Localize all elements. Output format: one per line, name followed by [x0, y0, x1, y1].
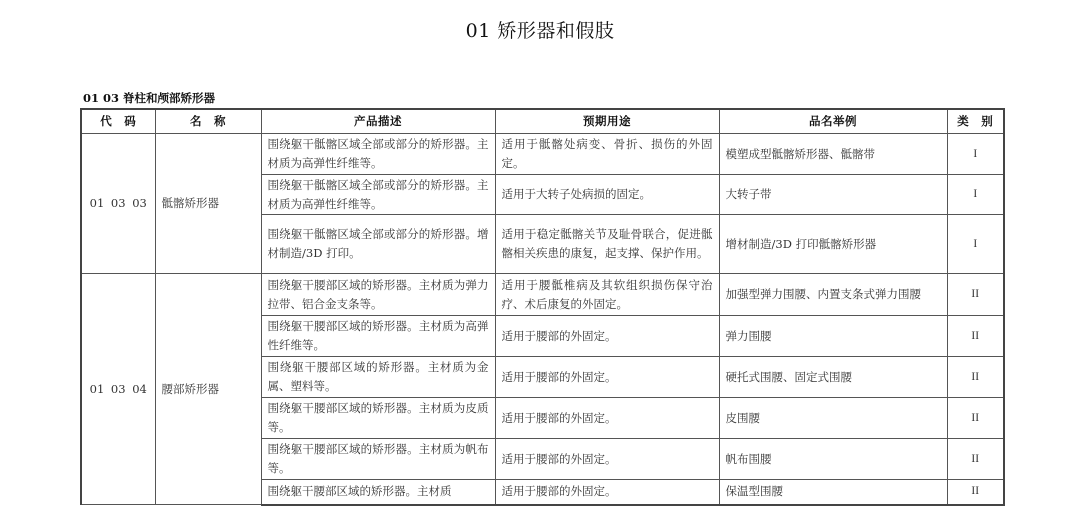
table-header-row: 代 码 名 称 产品描述 预期用途 品名举例 类 别	[81, 109, 1004, 134]
product-description: 围绕躯干腰部区域的矫形器。主材质为帆布等。	[261, 439, 495, 480]
product-description: 围绕躯干腰部区域的矫形器。主材质	[261, 480, 495, 505]
product-description: 围绕躯干骶髂区域全部或部分的矫形器。增材制造/3D 打印。	[261, 215, 495, 274]
group-code: 01 03 04	[81, 274, 155, 505]
group-code: 01 03 03	[81, 134, 155, 274]
column-header-description: 产品描述	[261, 109, 495, 134]
product-examples: 大转子带	[719, 175, 947, 215]
product-description: 围绕躯干腰部区域的矫形器。主材质为皮质等。	[261, 398, 495, 439]
intended-use: 适用于骶髂处病变、骨折、损伤的外固定。	[495, 134, 719, 175]
device-class: II	[947, 439, 1004, 480]
product-description: 围绕躯干腰部区域的矫形器。主材质为弹力拉带、铝合金支条等。	[261, 274, 495, 316]
page-title: 01 矫形器和假肢	[0, 16, 1080, 43]
product-examples: 帆布围腰	[719, 439, 947, 480]
product-examples: 模塑成型骶髂矫形器、骶髂带	[719, 134, 947, 175]
product-examples: 加强型弹力围腰、内置支条式弹力围腰	[719, 274, 947, 316]
product-examples: 增材制造/3D 打印骶髂矫形器	[719, 215, 947, 274]
product-examples: 弹力围腰	[719, 316, 947, 357]
intended-use: 适用于腰部的外固定。	[495, 439, 719, 480]
device-class: I	[947, 175, 1004, 215]
device-class: II	[947, 480, 1004, 505]
device-class: II	[947, 398, 1004, 439]
product-examples: 皮围腰	[719, 398, 947, 439]
device-class: I	[947, 134, 1004, 175]
column-header-class: 类 别	[947, 109, 1004, 134]
column-header-name: 名 称	[155, 109, 261, 134]
intended-use: 适用于腰部的外固定。	[495, 398, 719, 439]
group-name: 腰部矫形器	[155, 274, 261, 505]
device-catalog-table: 代 码 名 称 产品描述 预期用途 品名举例 类 别 01 03 03 骶髂矫形…	[80, 108, 1005, 506]
intended-use: 适用于大转子处病损的固定。	[495, 175, 719, 215]
column-header-examples: 品名举例	[719, 109, 947, 134]
section-heading: 01 03 脊柱和颅部矫形器	[83, 90, 215, 106]
product-description: 围绕躯干骶髂区域全部或部分的矫形器。主材质为高弹性纤维等。	[261, 175, 495, 215]
intended-use: 适用于腰部的外固定。	[495, 480, 719, 505]
device-class: II	[947, 357, 1004, 398]
device-class: II	[947, 274, 1004, 316]
intended-use: 适用于腰部的外固定。	[495, 316, 719, 357]
product-examples: 硬托式围腰、固定式围腰	[719, 357, 947, 398]
product-examples: 保温型围腰	[719, 480, 947, 505]
device-class: I	[947, 215, 1004, 274]
intended-use: 适用于腰部的外固定。	[495, 357, 719, 398]
product-description: 围绕躯干骶髂区域全部或部分的矫形器。主材质为高弹性纤维等。	[261, 134, 495, 175]
intended-use: 适用于稳定骶髂关节及耻骨联合，促进骶髂相关疾患的康复，起支撑、保护作用。	[495, 215, 719, 274]
column-header-code: 代 码	[81, 109, 155, 134]
product-description: 围绕躯干腰部区域的矫形器。主材质为金属、塑料等。	[261, 357, 495, 398]
product-description: 围绕躯干腰部区域的矫形器。主材质为高弹性纤维等。	[261, 316, 495, 357]
table-row: 01 03 04 腰部矫形器 围绕躯干腰部区域的矫形器。主材质为弹力拉带、铝合金…	[81, 274, 1004, 316]
intended-use: 适用于腰骶椎病及其软组织损伤保守治疗、术后康复的外固定。	[495, 274, 719, 316]
group-name: 骶髂矫形器	[155, 134, 261, 274]
device-class: II	[947, 316, 1004, 357]
table-row: 01 03 03 骶髂矫形器 围绕躯干骶髂区域全部或部分的矫形器。主材质为高弹性…	[81, 134, 1004, 175]
column-header-intended-use: 预期用途	[495, 109, 719, 134]
